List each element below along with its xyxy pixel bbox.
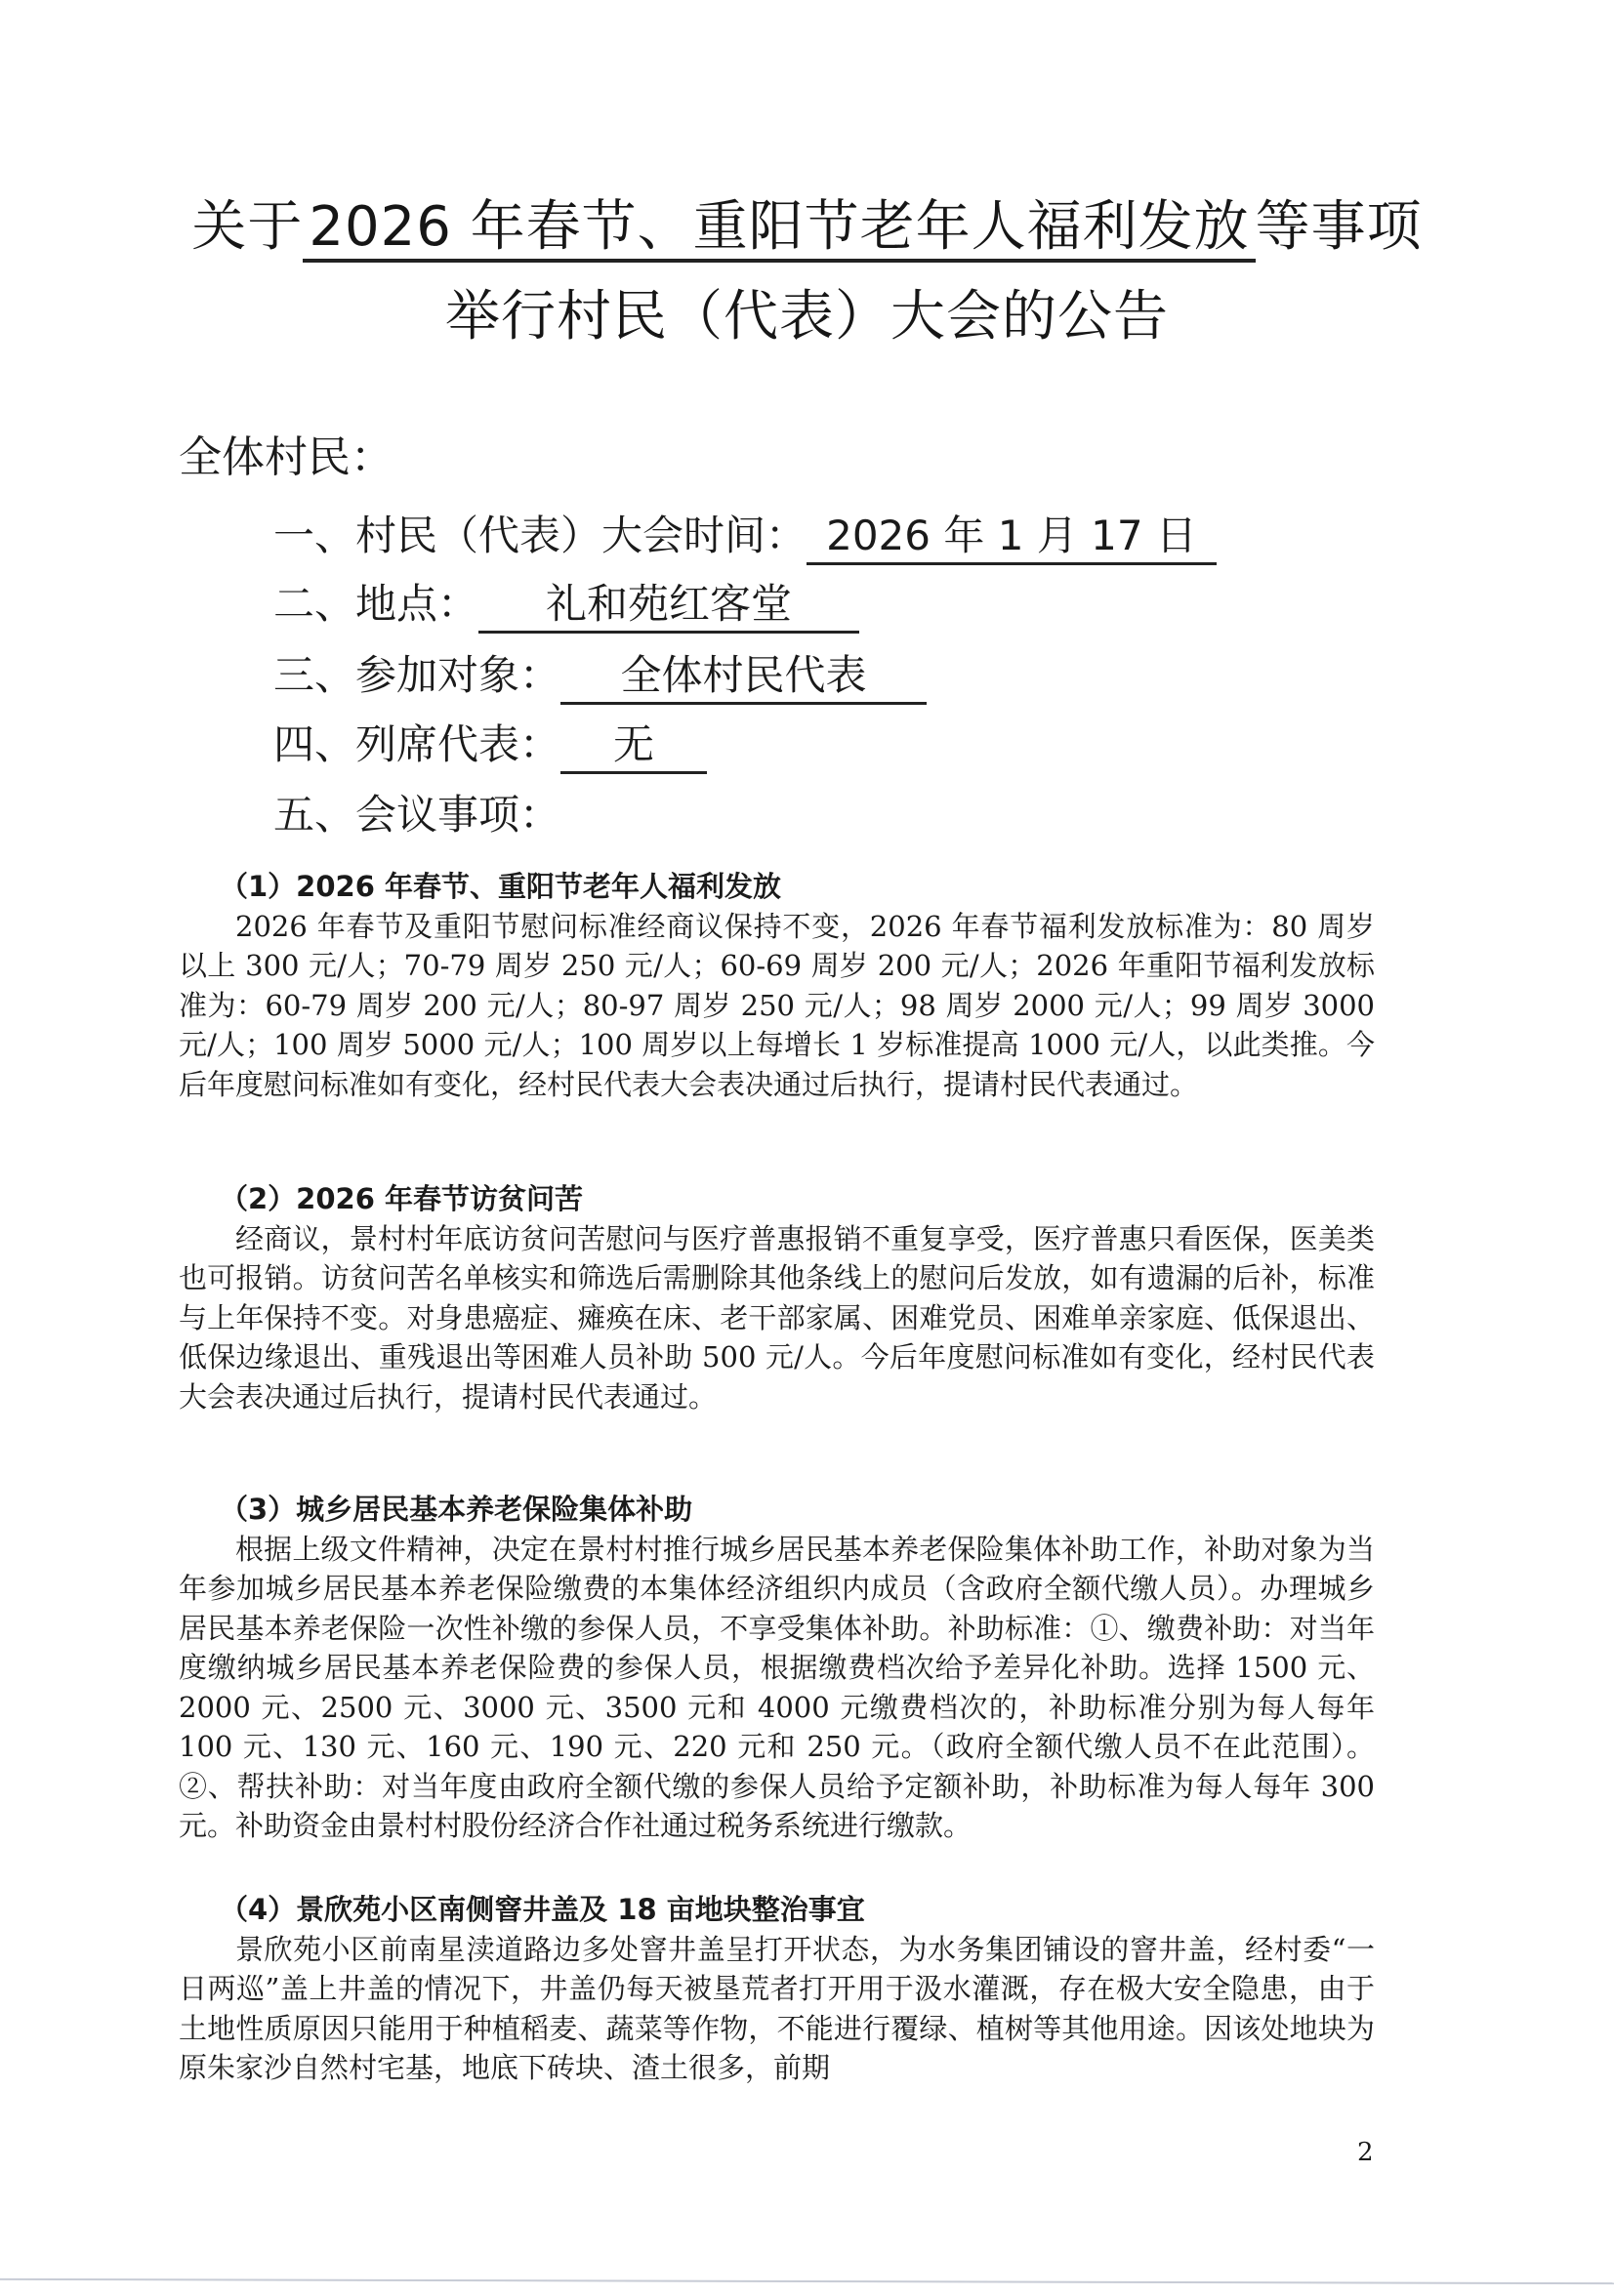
participants-item: 三、参加对象：全体村民代表 <box>273 643 927 705</box>
item-label: 四、列席代表： <box>273 720 560 768</box>
section-body: 根据上级文件精神，决定在景村村推行城乡居民基本养老保险集体补助工作，补助对象为当… <box>179 1530 1375 1846</box>
observers-item: 四、列席代表：无 <box>273 713 707 774</box>
scan-edge-line <box>0 2278 1614 2284</box>
page-number: 2 <box>1357 2138 1374 2167</box>
salutation: 全体村民： <box>179 422 393 484</box>
section-body: 经商议，景村村年底访贫问苦慰问与医疗普惠报销不重复享受，医疗普惠只看医保，医美类… <box>179 1219 1375 1417</box>
meeting-location-value: 礼和苑红客堂 <box>478 572 859 634</box>
notice-title-line-1: 关于2026 年春节、重阳节老年人福利发放等事项 <box>0 184 1614 262</box>
agenda-item: 五、会议事项： <box>273 783 560 841</box>
item-label: 一、村民（代表）大会时间： <box>273 512 807 559</box>
participants-value: 全体村民代表 <box>560 643 927 705</box>
section-heading: （3）城乡居民基本养老保险集体补助 <box>179 1490 1375 1530</box>
section-heading: （2）2026 年春节访贫问苦 <box>179 1179 1375 1219</box>
agenda-section-3: （3）城乡居民基本养老保险集体补助 根据上级文件精神，决定在景村村推行城乡居民基… <box>179 1490 1375 1846</box>
section-body: 景欣苑小区前南星渎道路边多处窨井盖呈打开状态，为水务集团铺设的窨井盖，经村委“一… <box>179 1930 1375 2088</box>
notice-title-line-2: 举行村民（代表）大会的公告 <box>0 273 1614 351</box>
meeting-time-item: 一、村民（代表）大会时间：2026 年 1 月 17 日 <box>273 504 1217 565</box>
meeting-time-value: 2026 年 1 月 17 日 <box>807 504 1217 565</box>
section-heading: （4）景欣苑小区南侧窨井盖及 18 亩地块整治事宜 <box>179 1890 1375 1930</box>
section-heading: （1）2026 年春节、重阳节老年人福利发放 <box>179 867 1375 907</box>
agenda-section-4: （4）景欣苑小区南侧窨井盖及 18 亩地块整治事宜 景欣苑小区前南星渎道路边多处… <box>179 1890 1375 2088</box>
meeting-location-item: 二、地点：礼和苑红客堂 <box>273 572 859 634</box>
title-suffix: 等事项 <box>1256 195 1423 259</box>
item-label: 五、会议事项： <box>273 791 560 839</box>
agenda-section-2: （2）2026 年春节访贫问苦 经商议，景村村年底访贫问苦慰问与医疗普惠报销不重… <box>179 1179 1375 1416</box>
title-underlined-subject: 2026 年春节、重阳节老年人福利发放 <box>303 195 1255 263</box>
agenda-section-1: （1）2026 年春节、重阳节老年人福利发放 2026 年春节及重阳节慰问标准经… <box>179 867 1375 1104</box>
title-prefix: 关于 <box>191 195 303 259</box>
item-label: 二、地点： <box>273 580 478 628</box>
section-body: 2026 年春节及重阳节慰问标准经商议保持不变，2026 年春节福利发放标准为：… <box>179 907 1375 1105</box>
observers-value: 无 <box>560 713 707 774</box>
item-label: 三、参加对象： <box>273 651 560 699</box>
